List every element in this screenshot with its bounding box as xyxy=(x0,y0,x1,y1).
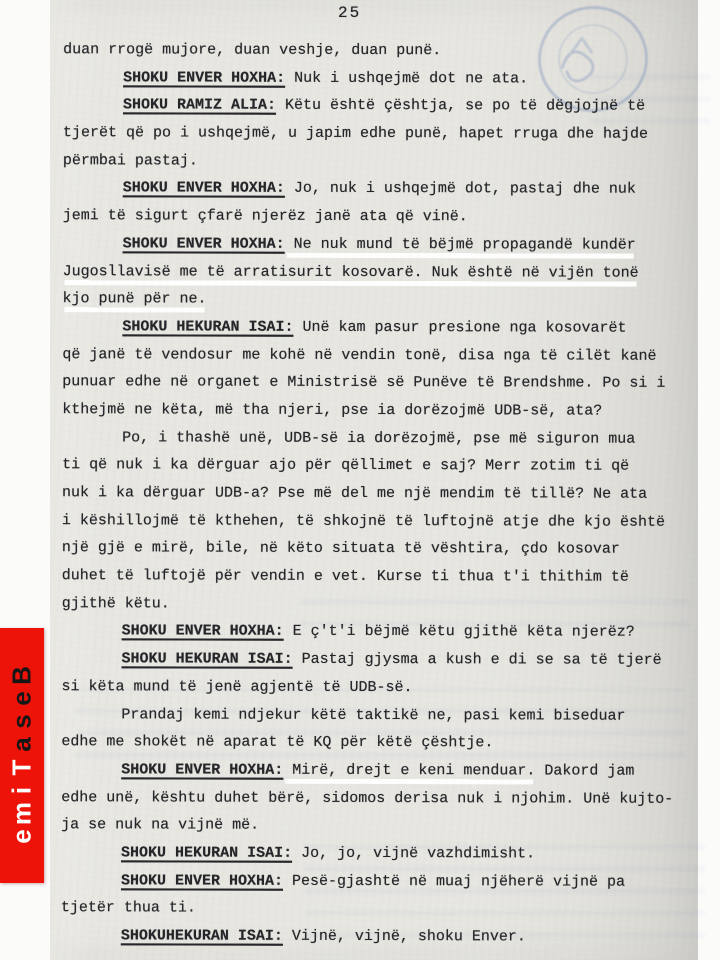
text-segment: Jo, jo, vijnë vazhdimisht. xyxy=(292,845,535,863)
text-segment: Po, i thashë unë, UDB-së ia dorëzojmë, p… xyxy=(122,429,635,447)
speaker-name: SHOKU ENVER HOXHA: xyxy=(123,180,285,197)
text-line: SHOKU ENVER HOXHA: Jo, nuk i ushqejmë do… xyxy=(63,175,689,204)
speaker-name: SHOKU HEKURAN ISAI: xyxy=(121,844,292,861)
text-line: tjetër thua ti. xyxy=(61,894,687,923)
text-line: duhet të luftojë për vendin e vet. Kurse… xyxy=(62,562,688,591)
text-line: përmbai pastaj. xyxy=(63,147,689,176)
besatime-watermark: BesaTime xyxy=(0,628,44,883)
text-line: tjerët që po i ushqejmë, u japim edhe pu… xyxy=(63,119,689,148)
text-segment: edhe unë, kështu duhet bërë, sidomos der… xyxy=(61,789,673,808)
text-segment: ti që nuk i ka dërguar ajo për qëllimet … xyxy=(62,456,629,474)
text-segment: Dakord jam xyxy=(535,762,634,779)
text-segment: edhe me shokët në aparat të KQ për këtë … xyxy=(61,733,493,751)
text-segment: Prandaj kemi ndjekur këtë taktikë ne, pa… xyxy=(121,706,625,724)
text-line: SHOKU ENVER HOXHA: Nuk i ushqejmë dot ne… xyxy=(63,64,689,93)
speaker-name: SHOKU HEKURAN ISAI: xyxy=(122,318,293,335)
watermark-letter: e xyxy=(11,821,34,851)
text-segment: tjetër thua ti. xyxy=(61,899,196,916)
paper-sheet: 25 duan rrogë mujore, duan veshje, duan … xyxy=(50,0,698,960)
text-line: si këta mund të jenë agjentë të UDB-së. xyxy=(61,673,687,702)
text-segment: duhet të luftojë për vendin e vet. Kurse… xyxy=(62,567,629,585)
watermark-text: BesaTime xyxy=(7,664,37,848)
speaker-name: SHOKUHEKURAN ISAI: xyxy=(121,927,283,944)
text-line: SHOKU ENVER HOXHA: Mirë, drejt e keni me… xyxy=(61,756,687,785)
text-segment: Vijnë, vijnë, shoku Enver. xyxy=(283,928,526,946)
text-segment: si këta mund të jenë agjentë të UDB-së. xyxy=(61,678,412,696)
text-segment: që janë të vendosur me kohë në vendin to… xyxy=(62,346,656,365)
text-line: kthejmë ne këta, më tha njeri, pse ia do… xyxy=(62,396,688,425)
text-line: një gjë e mirë, bile, në këto situata të… xyxy=(62,535,688,564)
text-segment: Jo, nuk i ushqejmë dot, pastaj dhe nuk xyxy=(285,180,636,198)
highlighted-text: kjo punë për ne. xyxy=(62,290,206,307)
text-segment: nuk i ka dërguar UDB-a? Pse më del me nj… xyxy=(62,484,647,503)
text-segment: kthejmë ne këta, më tha njeri, pse ia do… xyxy=(62,401,602,419)
text-segment: Nuk i ushqejmë dot ne ata. xyxy=(285,69,528,87)
speaker-name: SHOKU ENVER HOXHA: xyxy=(121,872,283,889)
text-line: jemi të sigurt çfarë njerëz janë ata që … xyxy=(63,202,689,231)
text-line: Jugosllavisë me të arratisurit kosovarë.… xyxy=(63,258,689,287)
text-line: kjo punë për ne. xyxy=(62,285,688,314)
text-segment: ja se nuk na vijnë më. xyxy=(61,816,259,834)
text-segment: punuar edhe në organet e Ministrisë së P… xyxy=(62,373,665,392)
text-segment: tjerët që po i ushqejmë, u japim edhe pu… xyxy=(63,124,648,143)
text-line: gjithë këtu. xyxy=(62,590,688,619)
text-line: Po, i thashë unë, UDB-së ia dorëzojmë, p… xyxy=(62,424,688,453)
text-segment: duan rrogë mujore, duan veshje, duan pun… xyxy=(63,41,441,59)
speaker-name: SHOKU RAMIZ ALIA: xyxy=(123,97,276,114)
text-segment: Unë kam pasur presione nga kosovarët xyxy=(293,319,626,337)
speaker-name: SHOKU ENVER HOXHA: xyxy=(122,623,284,640)
text-line: ja se nuk na vijnë më. xyxy=(61,811,687,840)
text-line: SHOKUHEKURAN ISAI: Vijnë, vijnë, shoku E… xyxy=(61,922,687,951)
text-line: SHOKU ENVER HOXHA: Pesë-gjashtë në muaj … xyxy=(61,867,687,896)
text-block: duan rrogë mujore, duan veshje, duan pun… xyxy=(61,36,689,951)
speaker-name: SHOKU ENVER HOXHA: xyxy=(123,69,285,86)
text-line: punuar edhe në organet e Ministrisë së P… xyxy=(62,368,688,397)
text-segment: gjithë këtu. xyxy=(62,595,170,612)
text-line: nuk i ka dërguar UDB-a? Pse më del me nj… xyxy=(62,479,688,508)
text-line: edhe unë, kështu duhet bërë, sidomos der… xyxy=(61,784,687,813)
text-segment: një gjë e mirë, bile, në këto situata të… xyxy=(62,540,620,558)
highlighted-text: Ne nuk mund të bëjmë propagandë kundër xyxy=(285,236,636,254)
text-segment: Pesë-gjashtë në muaj njëherë vijnë pa xyxy=(283,872,625,890)
highlighted-text: Mirë, drejt e keni menduar. xyxy=(283,762,535,780)
text-segment: përmbai pastaj. xyxy=(63,152,198,169)
text-line: duan rrogë mujore, duan veshje, duan pun… xyxy=(63,36,689,65)
text-line: i këshillojmë të kthehen, të shkojnë të … xyxy=(62,507,688,536)
text-line: SHOKU ENVER HOXHA: Ne nuk mund të bëjmë … xyxy=(63,230,689,259)
text-segment: jemi të sigurt çfarë njerëz janë ata që … xyxy=(63,207,468,225)
text-line: Prandaj kemi ndjekur këtë taktikë ne, pa… xyxy=(61,701,687,730)
text-segment: Pastaj gjysma a kush e di se sa të tjerë xyxy=(293,651,662,669)
text-line: SHOKU RAMIZ ALIA: Këtu është çështja, se… xyxy=(63,92,689,121)
text-line: që janë të vendosur me kohë në vendin to… xyxy=(62,341,688,370)
speaker-name: SHOKU HEKURAN ISAI: xyxy=(122,650,293,667)
text-segment: E ç't'i bëjmë këtu gjithë këta njerëz? xyxy=(284,623,635,641)
text-line: SHOKU ENVER HOXHA: E ç't'i bëjmë këtu gj… xyxy=(62,618,688,647)
text-line: SHOKU HEKURAN ISAI: Pastaj gjysma a kush… xyxy=(62,645,688,674)
scanned-document: { "colors":{ "red":"#ee1309", "blue":"#6… xyxy=(0,0,720,960)
page-number: 25 xyxy=(338,4,361,22)
speaker-name: SHOKU ENVER HOXHA: xyxy=(121,761,283,778)
text-segment: i këshillojmë të kthehen, të shkojnë të … xyxy=(62,512,665,531)
text-segment: Këtu është çështja, se po të dëgjojnë të xyxy=(276,97,645,115)
text-line: SHOKU HEKURAN ISAI: Unë kam pasur presio… xyxy=(62,313,688,342)
text-line: ti që nuk i ka dërguar ajo për qëllimet … xyxy=(62,451,688,480)
speaker-name: SHOKU ENVER HOXHA: xyxy=(123,235,285,252)
highlighted-text: Jugosllavisë me të arratisurit kosovarë.… xyxy=(63,263,639,282)
text-line: SHOKU HEKURAN ISAI: Jo, jo, vijnë vazhdi… xyxy=(61,839,687,868)
text-line: edhe me shokët në aparat të KQ për këtë … xyxy=(61,728,687,757)
